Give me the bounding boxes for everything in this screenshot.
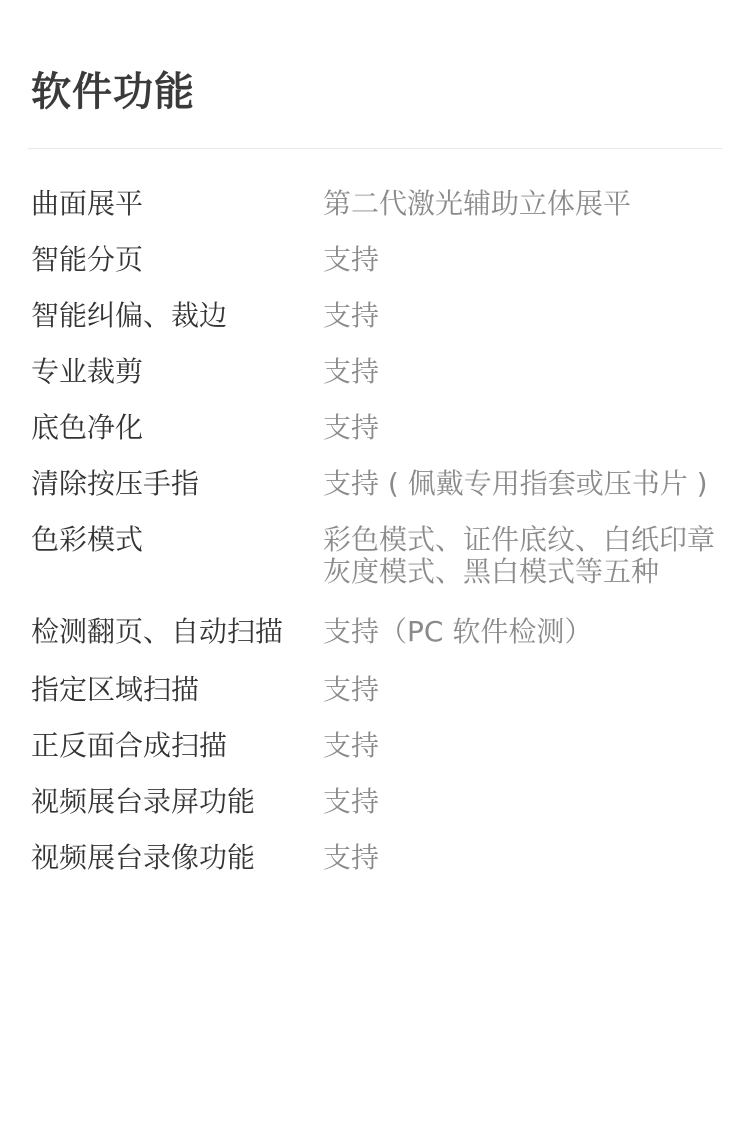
section-title: 软件功能 xyxy=(31,68,195,116)
spec-label: 色彩模式 xyxy=(31,524,143,556)
spec-value-line: 支持 xyxy=(323,674,379,706)
spec-label: 底色净化 xyxy=(31,412,143,444)
spec-value-line: 支持 ( 佩戴专用指套或压书片 ) xyxy=(323,468,708,500)
spec-label: 正反面合成扫描 xyxy=(31,730,227,762)
spec-value-line: 支持（PC 软件检测） xyxy=(323,616,592,648)
spec-value-line: 灰度模式、黑白模式等五种 xyxy=(323,556,715,588)
spec-value-line: 支持 xyxy=(323,244,379,276)
spec-value: 支持 xyxy=(323,674,379,706)
spec-value-line: 支持 xyxy=(323,356,379,388)
spec-value-line: 支持 xyxy=(323,730,379,762)
spec-label: 视频展台录屏功能 xyxy=(31,786,255,818)
spec-label: 指定区域扫描 xyxy=(31,674,199,706)
spec-value: 支持 xyxy=(323,300,379,332)
spec-label: 检测翻页、自动扫描 xyxy=(31,616,283,648)
spec-value: 支持 xyxy=(323,730,379,762)
spec-value: 支持（PC 软件检测） xyxy=(323,616,592,648)
spec-value: 支持 xyxy=(323,842,379,874)
spec-value: 支持 xyxy=(323,244,379,276)
spec-value-line: 支持 xyxy=(323,412,379,444)
spec-value-line: 支持 xyxy=(323,842,379,874)
spec-value: 彩色模式、证件底纹、白纸印章 灰度模式、黑白模式等五种 xyxy=(323,524,715,588)
spec-label: 视频展台录像功能 xyxy=(31,842,255,874)
spec-label: 曲面展平 xyxy=(31,188,143,220)
spec-value-line: 支持 xyxy=(323,786,379,818)
spec-value: 第二代激光辅助立体展平 xyxy=(323,188,631,220)
spec-value: 支持 xyxy=(323,412,379,444)
spec-label: 清除按压手指 xyxy=(31,468,199,500)
spec-value-line: 支持 xyxy=(323,300,379,332)
spec-label: 智能分页 xyxy=(31,244,143,276)
spec-label: 智能纠偏、裁边 xyxy=(31,300,227,332)
spec-label: 专业裁剪 xyxy=(31,356,143,388)
divider xyxy=(28,148,722,149)
spec-value: 支持 ( 佩戴专用指套或压书片 ) xyxy=(323,468,708,500)
spec-value-line: 彩色模式、证件底纹、白纸印章 xyxy=(323,524,715,556)
spec-value-line: 第二代激光辅助立体展平 xyxy=(323,188,631,220)
spec-value: 支持 xyxy=(323,786,379,818)
spec-value: 支持 xyxy=(323,356,379,388)
